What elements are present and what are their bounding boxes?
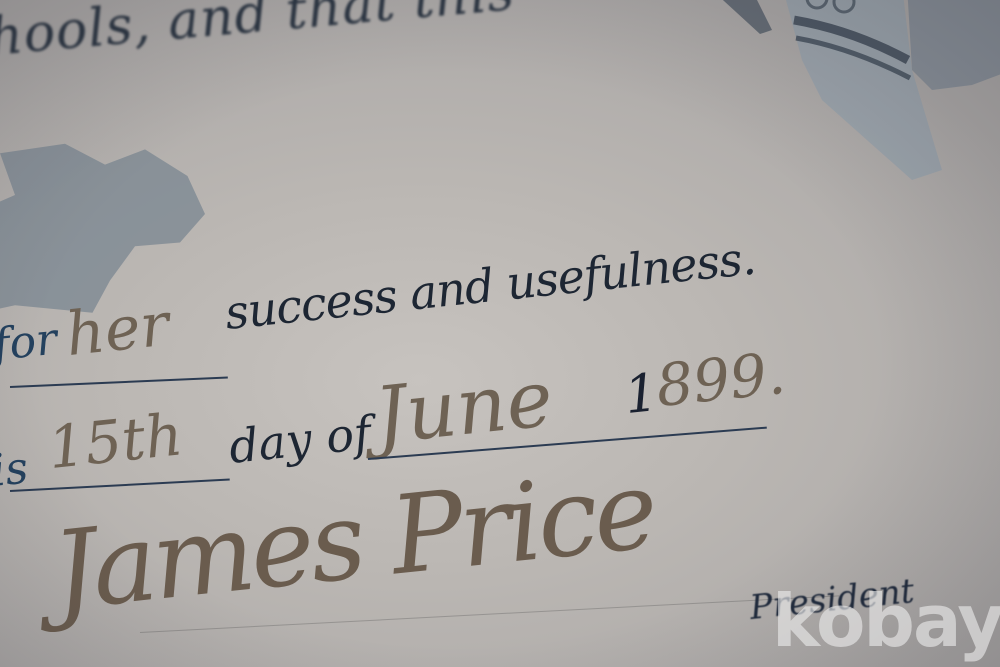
printed-text-success-usefulness: success and usefulness. <box>222 231 757 340</box>
ribbon-illustration <box>712 0 1000 190</box>
watermark-logo: kobay <box>772 585 1000 657</box>
printed-text-for: for <box>0 314 59 371</box>
fill-in-underline <box>10 376 228 388</box>
signature: James Price <box>47 448 660 635</box>
certificate-photo: hools, and that this for her success and… <box>0 0 1000 667</box>
handwritten-day: 15th <box>45 400 186 482</box>
day-underline <box>10 478 230 492</box>
printed-text-line-1: hools, and that this <box>0 0 517 68</box>
printed-text-day-of: day of <box>226 405 373 474</box>
handwritten-pronoun: her <box>63 290 173 370</box>
handwritten-year: 899. <box>653 339 789 420</box>
